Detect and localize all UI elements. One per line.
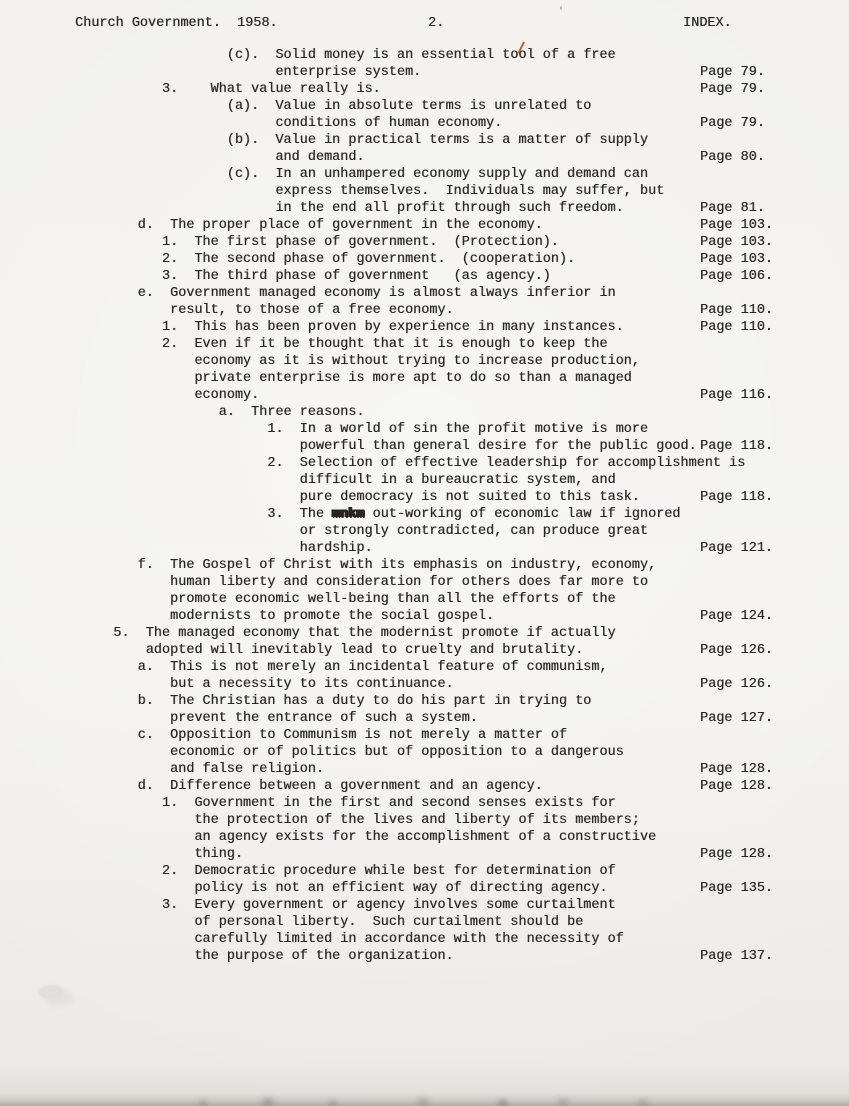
page-reference: Page 135. (700, 880, 773, 897)
page-reference: Page 103. (700, 234, 773, 251)
index-line: (b). Value in practical terms is a matte… (89, 132, 849, 149)
page-reference: Page 128. (700, 761, 773, 778)
index-line: 2. Even if it be thought that it is enou… (89, 336, 849, 353)
index-line: f. The Gospel of Christ with its emphasi… (89, 557, 849, 574)
index-entry: 2. Selection of effective leadership for… (0, 455, 849, 506)
index-line: (c). Solid money is an essential tool of… (89, 47, 849, 64)
index-line: (a). Value in absolute terms is unrelate… (89, 98, 849, 115)
index-entry: 1. The first phase of government. (Prote… (0, 234, 849, 251)
index-line: 2. Selection of effective leadership for… (89, 455, 849, 472)
page-reference: Page 79. (700, 81, 765, 98)
index-entry: 3. What value really is. Page 79. (0, 81, 849, 98)
document-page: Church Government. 1958. 2. INDEX. (c). … (0, 0, 849, 1106)
page-reference: Page 80. (700, 149, 765, 166)
index-line: 1. Government in the first and second se… (89, 795, 849, 812)
index-entry: 2. Even if it be thought that it is enou… (0, 336, 849, 404)
index-entry: e. Government managed economy is almost … (0, 285, 849, 319)
index-line: c. Opposition to Communism is not merely… (89, 727, 849, 744)
index-entry: 1. Government in the first and second se… (0, 795, 849, 863)
index-entry: (a). Value in absolute terms is unrelate… (0, 98, 849, 132)
index-line: economic or of politics but of oppositio… (89, 744, 849, 761)
overstruck-word: mnkm (332, 507, 364, 522)
index-entry: (c). Solid money is an essential tool of… (0, 47, 849, 81)
index-entry: d. Difference between a government and a… (0, 778, 849, 795)
index-entry: 2. The second phase of government. (coop… (0, 251, 849, 268)
index-line: or strongly contradicted, can produce gr… (89, 523, 849, 540)
index-entry: 2. Democratic procedure while best for d… (0, 863, 849, 897)
entry-lines: a. Three reasons. (0, 404, 849, 421)
page-reference: Page 79. (700, 64, 765, 81)
index-line: a. Three reasons. (89, 404, 849, 421)
index-line: a. This is not merely an incidental feat… (89, 659, 849, 676)
index-line: (c). In an unhampered economy supply and… (89, 166, 849, 183)
index-line: 5. The managed economy that the modernis… (89, 625, 849, 642)
index-line: an agency exists for the accomplishment … (89, 829, 849, 846)
index-line: economy as it is without trying to incre… (89, 353, 849, 370)
index-line: human liberty and consideration for othe… (89, 574, 849, 591)
index-line: e. Government managed economy is almost … (89, 285, 849, 302)
index-line: private enterprise is more apt to do so … (89, 370, 849, 387)
index-entry-list: (c). Solid money is an essential tool of… (0, 47, 849, 965)
page-reference: Page 81. (700, 200, 765, 217)
page-reference: Page 116. (700, 387, 773, 404)
page-reference: Page 127. (700, 710, 773, 727)
index-entry: a. This is not merely an incidental feat… (0, 659, 849, 693)
index-line: of personal liberty. Such curtailment sh… (89, 914, 849, 931)
page-reference: Page 126. (700, 676, 773, 693)
page-reference: Page 124. (700, 608, 773, 625)
index-line: the protection of the lives and liberty … (89, 812, 849, 829)
index-line: express themselves. Individuals may suff… (89, 183, 849, 200)
page-reference: Page 103. (700, 217, 773, 234)
index-line: carefully limited in accordance with the… (89, 931, 849, 948)
index-entry: (b). Value in practical terms is a matte… (0, 132, 849, 166)
index-line: 1. In a world of sin the profit motive i… (89, 421, 849, 438)
page-reference: Page 103. (700, 251, 773, 268)
index-line: b. The Christian has a duty to do his pa… (89, 693, 849, 710)
index-entry: 3. The mnkm out-working of economic law … (0, 506, 849, 557)
scan-smudge (38, 985, 64, 999)
page-reference: Page 118. (700, 438, 773, 455)
page-reference: Page 126. (700, 642, 773, 659)
scan-speck (560, 6, 562, 10)
index-entry: (c). In an unhampered economy supply and… (0, 166, 849, 217)
page-reference: Page 118. (700, 489, 773, 506)
page-reference: Page 110. (700, 319, 773, 336)
index-entry: 1. This has been proven by experience in… (0, 319, 849, 336)
index-line: 3. The mnkm out-working of economic law … (89, 506, 849, 523)
index-entry: 5. The managed economy that the modernis… (0, 625, 849, 659)
scan-bottom-smudges (0, 1100, 6, 1104)
index-entry: 3. The third phase of government (as age… (0, 268, 849, 285)
index-line: 2. Democratic procedure while best for d… (89, 863, 849, 880)
page-reference: Page 128. (700, 778, 773, 795)
page-reference: Page 106. (700, 268, 773, 285)
scan-bottom-band (0, 1093, 849, 1106)
page-reference: Page 137. (700, 948, 773, 965)
page-reference: Page 79. (700, 115, 765, 132)
page-reference: Page 128. (700, 846, 773, 863)
page-reference: Page 110. (700, 302, 773, 319)
red-pen-mark: o (518, 47, 526, 64)
page-reference: Page 121. (700, 540, 773, 557)
index-line: promote economic well-being than all the… (89, 591, 849, 608)
index-entry: f. The Gospel of Christ with its emphasi… (0, 557, 849, 625)
index-entry: a. Three reasons. (0, 404, 849, 421)
index-line: 3. Every government or agency involves s… (89, 897, 849, 914)
document-title: Church Government. 1958. (75, 15, 278, 32)
index-entry: 3. Every government or agency involves s… (0, 897, 849, 965)
page-number: 2. (428, 15, 444, 32)
index-line: difficult in a bureaucratic system, and (89, 472, 849, 489)
index-entry: c. Opposition to Communism is not merely… (0, 727, 849, 778)
index-entry: 1. In a world of sin the profit motive i… (0, 421, 849, 455)
index-entry: d. The proper place of government in the… (0, 217, 849, 234)
index-label: INDEX. (683, 15, 732, 32)
index-entry: b. The Christian has a duty to do his pa… (0, 693, 849, 727)
